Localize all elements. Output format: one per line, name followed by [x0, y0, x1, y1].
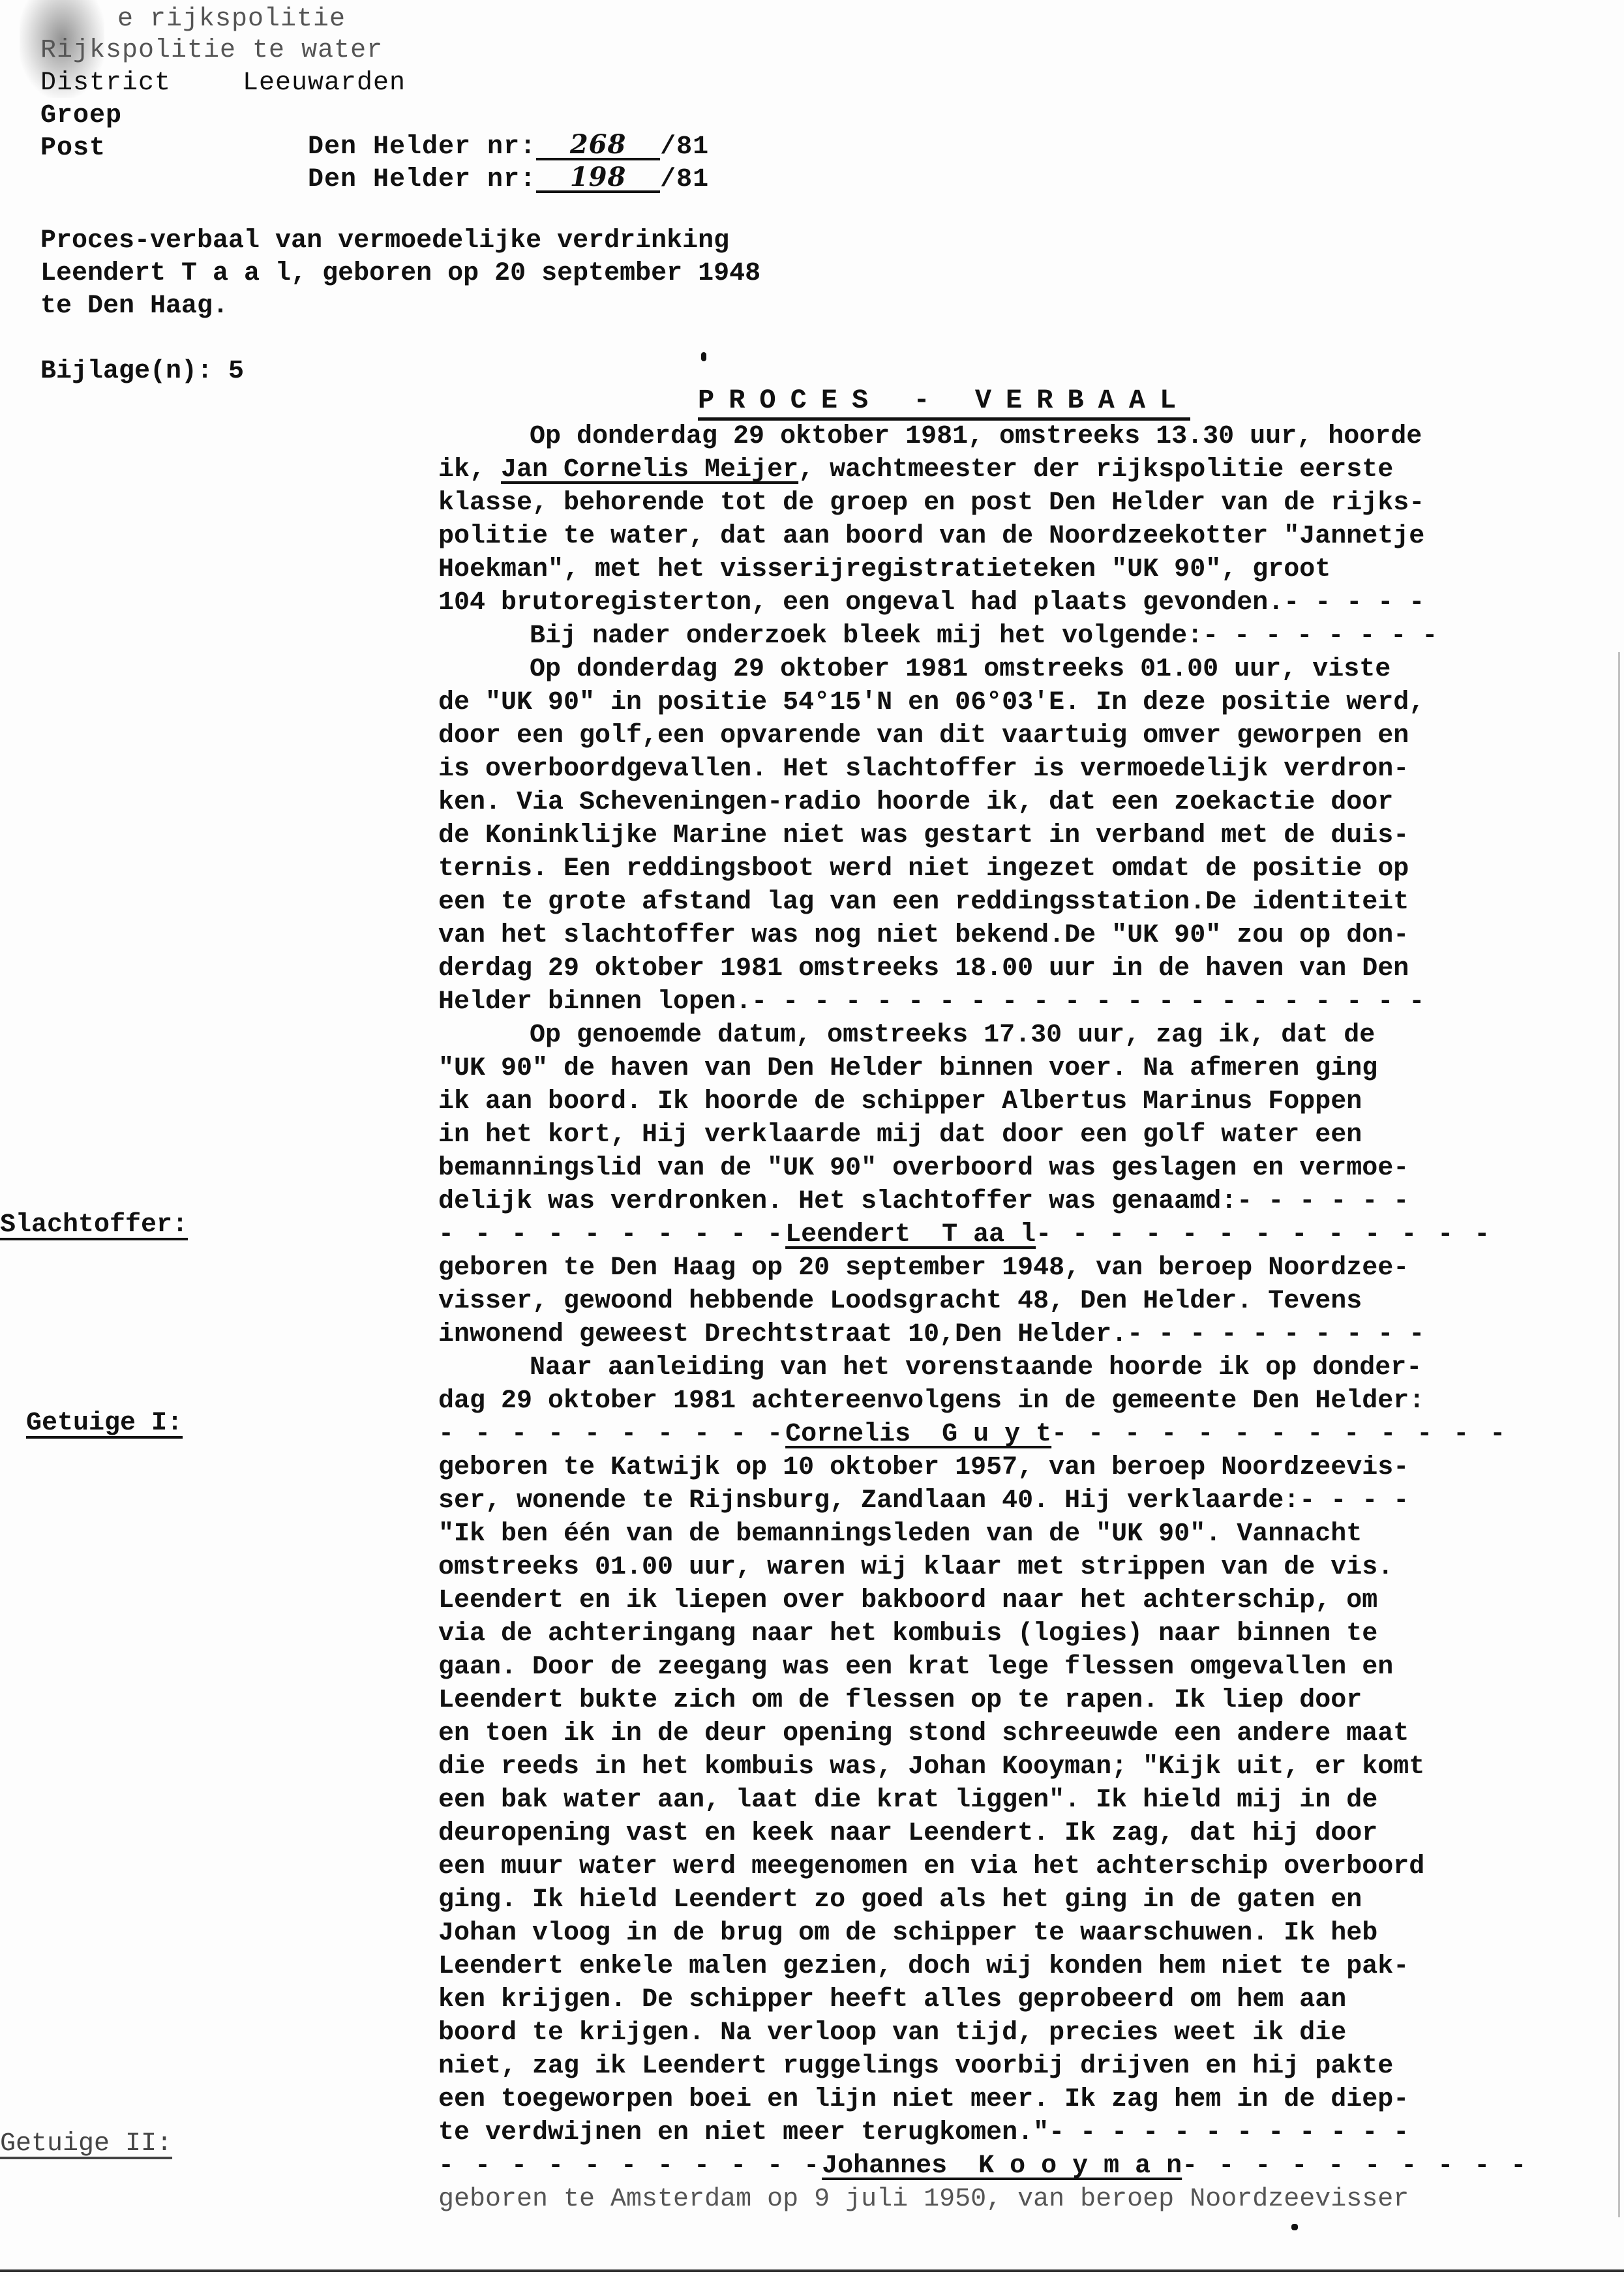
body-line: boord te krijgen. Na verloop van tijd, p… — [438, 2017, 1593, 2050]
body-line: te verdwijnen en niet meer terugkomen."-… — [438, 2117, 1593, 2149]
dash-filler: - - - - - - - - - - — [438, 1219, 785, 1251]
body-line: bemanningslid van de "UK 90" overboord w… — [438, 1152, 1593, 1185]
body-line: geboren te Den Haag op 20 september 1948… — [438, 1252, 1593, 1285]
dash-filler: - - - - - - - - - - — [438, 1418, 785, 1451]
dash-filler: - - - - - - - - - - — [1182, 2150, 1529, 2183]
body-line: "Ik ben één van de bemanningsleden van d… — [438, 1518, 1593, 1551]
attachments-count: Bijlage(n): 5 — [40, 355, 244, 388]
title-line-3: te Den Haag. — [40, 290, 228, 323]
body-line: Johan vloog in de brug om de schipper te… — [438, 1917, 1593, 1950]
body-line: van het slachtoffer was nog niet bekend.… — [438, 920, 1593, 952]
body-line: een toegeworpen boei en lijn niet meer. … — [438, 2084, 1593, 2116]
body-text: , wachtmeester der rijkspolitie eerste — [798, 454, 1393, 487]
body-line: ternis. Een reddingsboot werd niet ingez… — [438, 853, 1593, 886]
title-line-1: Proces-verbaal van vermoedelijke verdrin… — [40, 225, 729, 258]
officer-name: Jan Cornelis Meijer — [501, 454, 798, 487]
dash-filler: - - - - - - - - - - - - - — [1051, 1418, 1508, 1451]
body-line: "UK 90" de haven van Den Helder binnen v… — [438, 1053, 1593, 1085]
body-line: via de achteringang naar het kombuis (lo… — [438, 1618, 1593, 1651]
page-edge-bottom — [0, 2269, 1624, 2272]
body-line: gaan. Door de zeegang was een krat lege … — [438, 1651, 1593, 1684]
body-line: Leendert en ik liepen over bakboord naar… — [438, 1585, 1593, 1617]
body-line: Op genoemde datum, omstreeks 17.30 uur, … — [438, 1019, 1593, 1052]
body-line: klasse, behorende tot de groep en post D… — [438, 487, 1593, 520]
body-line: een muur water werd meegenomen en via he… — [438, 1851, 1593, 1883]
body-line: in het kort, Hij verklaarde mij dat door… — [438, 1119, 1593, 1152]
header-line-1: e rijkspolitie — [117, 4, 346, 35]
ink-speck — [1291, 2224, 1298, 2230]
body-line: een te grote afstand lag van een redding… — [438, 886, 1593, 919]
body-line: deuropening vast en keek naar Leendert. … — [438, 1818, 1593, 1850]
district-label: District — [40, 68, 171, 99]
body-line: Bij nader onderzoek bleek mij het volgen… — [438, 620, 1593, 653]
district-value: Leeuwarden — [243, 68, 406, 99]
body-line: geboren te Amsterdam op 9 juli 1950, van… — [438, 2183, 1593, 2216]
body-line: de "UK 90" in positie 54°15'N en 06°03'E… — [438, 687, 1593, 719]
victim-name: Leendert T aa l — [785, 1219, 1036, 1251]
body-line: Leendert enkele malen gezien, doch wij k… — [438, 1951, 1593, 1983]
body-line: is overboordgevallen. Het slachtoffer is… — [438, 753, 1593, 786]
body-line: Op donderdag 29 oktober 1981 omstreeks 0… — [438, 653, 1593, 686]
margin-label-getuige-1: Getuige I: — [26, 1409, 183, 1438]
body-line: inwonend geweest Drechtstraat 10,Den Hel… — [438, 1319, 1593, 1351]
body-line: Leendert bukte zich om de flessen op te … — [438, 1685, 1593, 1717]
groep-label: Groep — [40, 100, 122, 132]
witness2-name-line: - - - - - - - - - - -Johannes K o o y m … — [438, 2150, 1593, 2183]
body-line: ging. Ik hield Leendert zo goed als het … — [438, 1884, 1593, 1917]
post-label: Post — [40, 133, 106, 164]
body-line: ik aan boord. Ik hoorde de schipper Albe… — [438, 1086, 1593, 1118]
witness1-name: Cornelis G u y t — [785, 1418, 1051, 1451]
body-line: ken. Via Scheveningen-radio hoorde ik, d… — [438, 786, 1593, 819]
document-heading: PROCES - VERBAAL — [698, 385, 1190, 421]
body-text: ik, — [438, 454, 485, 487]
page-edge-right — [1618, 652, 1620, 2217]
body-line: politie te water, dat aan boord van de N… — [438, 520, 1593, 553]
post-year: /81 — [660, 165, 709, 194]
body-line: derdag 29 oktober 1981 omstreeks 18.00 u… — [438, 953, 1593, 985]
body-line: en toen ik in de deur opening stond schr… — [438, 1718, 1593, 1750]
body-line: de Koninklijke Marine niet was gestart i… — [438, 820, 1593, 852]
post-number-handwritten: 198 — [536, 164, 660, 193]
dash-filler: - - - - - - - - - - - — [438, 2150, 822, 2183]
witness2-name: Johannes K o o y m a n — [822, 2150, 1182, 2183]
body-line: door een golf,een opvarende van dit vaar… — [438, 720, 1593, 753]
dash-filler: - - - - - - - - - - - - - — [1036, 1219, 1492, 1251]
body-line: omstreeks 01.00 uur, waren wij klaar met… — [438, 1551, 1593, 1584]
witness1-name-line: - - - - - - - - - -Cornelis G u y t- - -… — [438, 1418, 1593, 1451]
document-page: e rijkspolitie Rijkspolitie te water Dis… — [0, 0, 1624, 2276]
body-line: Naar aanleiding van het vorenstaande hoo… — [438, 1352, 1593, 1385]
header-line-2: Rijkspolitie te water — [40, 35, 383, 67]
body-line: ser, wonende te Rijnsburg, Zandlaan 40. … — [438, 1485, 1593, 1518]
body-line: die reeds in het kombuis was, Johan Kooy… — [438, 1751, 1593, 1784]
margin-label-slachtoffer: Slachtoffer: — [0, 1210, 188, 1240]
ink-speck — [701, 352, 706, 361]
body-line: dag 29 oktober 1981 achtereenvolgens in … — [438, 1385, 1593, 1418]
post-value: Den Helder nr: — [308, 165, 536, 194]
body-line: Op donderdag 29 oktober 1981, omstreeks … — [438, 421, 1593, 453]
margin-label-getuige-2: Getuige II: — [0, 2129, 172, 2159]
victim-name-line: - - - - - - - - - -Leendert T aa l- - - … — [438, 1219, 1593, 1251]
body-line: Helder binnen lopen.- - - - - - - - - - … — [438, 986, 1593, 1019]
title-line-2: Leendert T a a l, geboren op 20 septembe… — [40, 258, 760, 290]
body-line: 104 brutoregisterton, een ongeval had pl… — [438, 587, 1593, 620]
body-line: geboren te Katwijk op 10 oktober 1957, v… — [438, 1452, 1593, 1484]
body-line: Hoekman", met het visserijregistratietek… — [438, 554, 1593, 586]
post-row: Den Helder nr:198/81 — [243, 133, 709, 227]
body-line: een bak water aan, laat die krat liggen"… — [438, 1784, 1593, 1817]
body-line: ik, Jan Cornelis Meijer, wachtmeester de… — [438, 454, 1593, 487]
body-line: ken krijgen. De schipper heeft alles gep… — [438, 1984, 1593, 2016]
body-line: niet, zag ik Leendert ruggelings voorbij… — [438, 2050, 1593, 2083]
body-line: delijk was verdronken. Het slachtoffer w… — [438, 1186, 1593, 1218]
body-line: visser, gewoond hebbende Loodsgracht 48,… — [438, 1285, 1593, 1318]
